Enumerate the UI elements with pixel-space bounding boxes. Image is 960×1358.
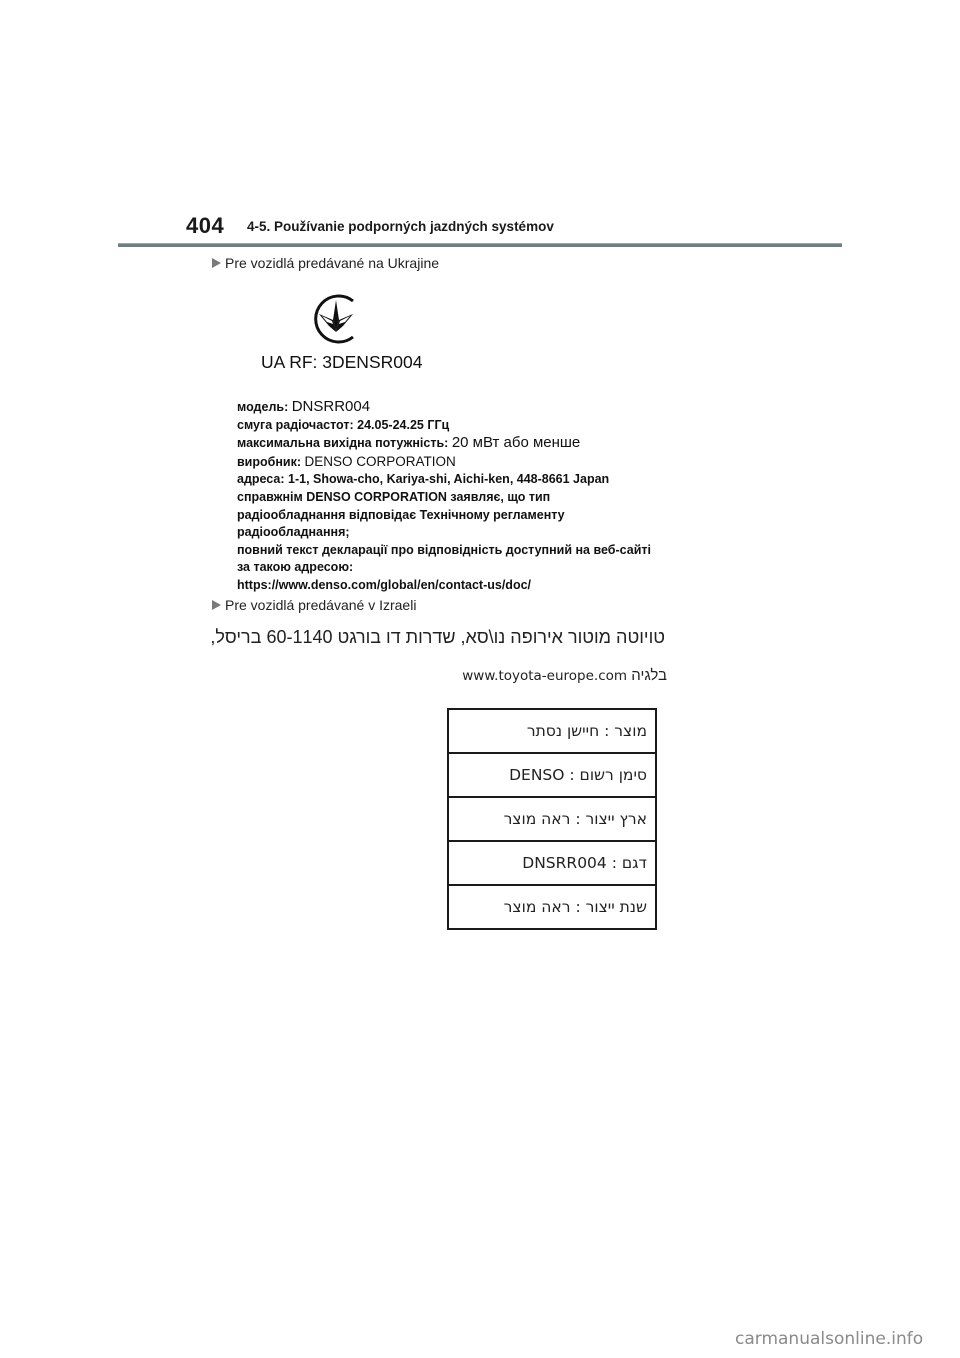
band-line: смуга радіочастот: 24.05-24.25 ГГц [237, 417, 651, 435]
israel-website: www.toyota-europe.com [462, 668, 627, 684]
watermark: carmanualsonline.info [735, 1329, 923, 1349]
section-heading-israel: Pre vozidlá predávané v Izraeli [212, 597, 416, 613]
maker-line: виробник: DENSO CORPORATION [237, 453, 651, 472]
chapter-title: 4-5. Používanie podporných jazdných syst… [247, 219, 554, 234]
maker-value: DENSO CORPORATION [305, 454, 456, 469]
table-row: ארץ ייצור : ראה מוצר [448, 797, 656, 841]
section-heading-ukraine: Pre vozidlá predávané na Ukrajine [212, 255, 439, 271]
statement-line-4: повний текст декларації про відповідніст… [237, 542, 651, 560]
power-line: максимальна вихідна потужність: 20 мВт а… [237, 434, 651, 453]
statement-line-5: за такою адресою: [237, 559, 651, 577]
statement-line-3: радіообладнання; [237, 524, 651, 542]
israel-country: בלגיה [631, 667, 667, 684]
table-row: סימן רשום : DENSO [448, 753, 656, 797]
header-divider [118, 243, 842, 247]
model-line: модель: DNSRR004 [237, 398, 651, 417]
page-number: 404 [186, 213, 224, 239]
power-value: 20 мВт або менше [452, 434, 580, 451]
section-heading-text: Pre vozidlá predávané na Ukrajine [225, 255, 439, 271]
band-value: 24.05-24.25 ГГц [357, 418, 449, 432]
ukraine-declaration: модель: DNSRR004 смуга радіочастот: 24.0… [237, 398, 651, 595]
ukraine-conformity-mark-icon [309, 292, 363, 346]
israel-address: טויוטה מוטור אירופה נו\סא, שדרות דו בורג… [210, 627, 665, 648]
ua-rf-code: UA RF: 3DENSR004 [261, 352, 422, 373]
statement-line-1: справжнім DENSO CORPORATION заявляє, що … [237, 489, 651, 507]
table-row: מוצר : חיישן נסתר [448, 709, 656, 753]
declaration-url: https://www.denso.com/global/en/contact-… [237, 577, 651, 595]
model-value: DNSRR004 [292, 398, 370, 415]
table-row: דגם : DNSRR004 [448, 841, 656, 885]
triangle-right-icon [212, 600, 221, 610]
israel-website-line: בלגיה www.toyota-europe.com [462, 667, 667, 684]
table-row: שנת ייצור : ראה מוצר [448, 885, 656, 929]
triangle-right-icon [212, 258, 221, 268]
section-heading-text: Pre vozidlá predávané v Izraeli [225, 597, 416, 613]
statement-line-2: радіообладнання відповідає Технічному ре… [237, 507, 651, 525]
israel-product-table: מוצר : חיישן נסתר סימן רשום : DENSO ארץ … [447, 708, 657, 930]
address-line: адреса: 1-1, Showa-cho, Kariya-shi, Aich… [237, 471, 651, 489]
